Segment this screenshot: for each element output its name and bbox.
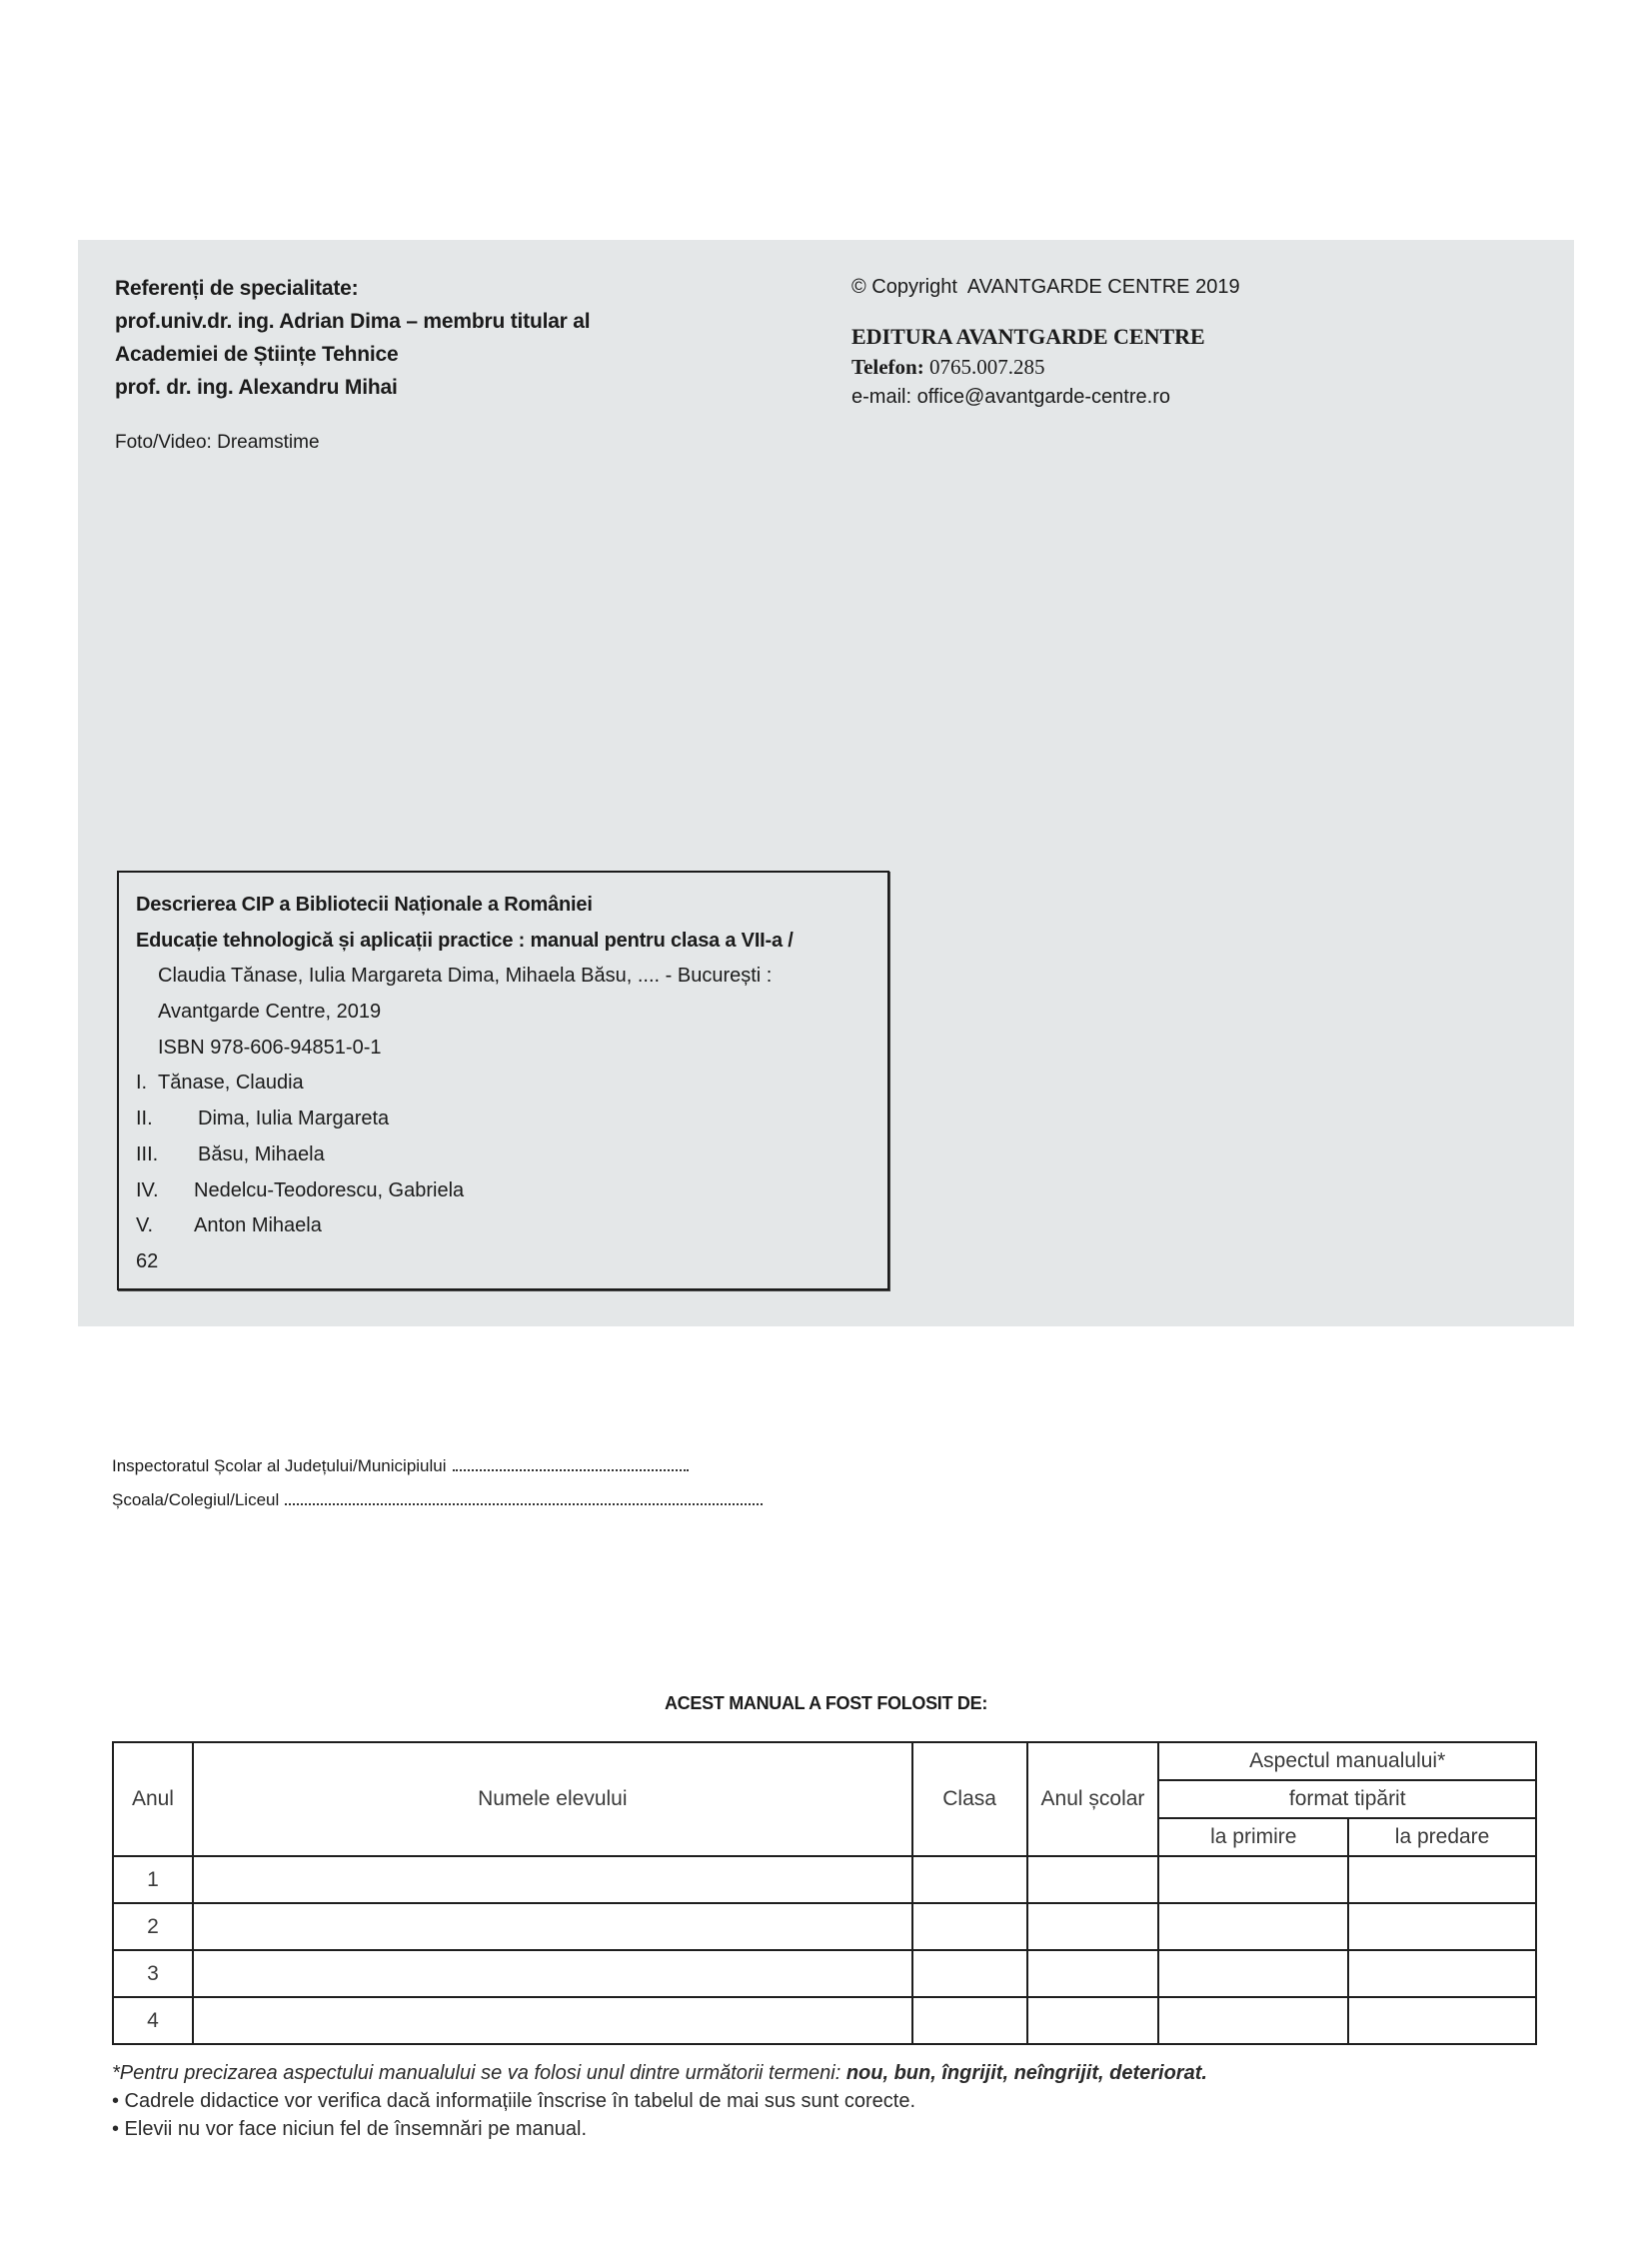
referee-line: prof. dr. ing. Alexandru Mihai xyxy=(115,371,815,404)
school-label: Școala/Colegiul/Liceul xyxy=(112,1483,279,1517)
cell-on-return[interactable] xyxy=(1348,1903,1536,1950)
cell-on-receipt[interactable] xyxy=(1158,1903,1348,1950)
cip-entry-number: II. xyxy=(136,1102,198,1137)
cell-student-name[interactable] xyxy=(193,1997,912,2044)
usage-table: Anul Numele elevului Clasa Anul școlar A… xyxy=(112,1741,1537,2045)
cip-entry-number: I. xyxy=(136,1066,158,1102)
cip-entry: II.Dima, Iulia Margareta xyxy=(136,1102,887,1137)
header-student-name: Numele elevului xyxy=(193,1742,912,1856)
school-blank[interactable] xyxy=(285,1503,763,1505)
cell-school-year[interactable] xyxy=(1027,1997,1159,2044)
cip-entry-name: Anton Mihaela xyxy=(194,1214,322,1236)
table-notes: *Pentru precizarea aspectului manualului… xyxy=(112,2059,1207,2143)
photo-credit: Foto/Video: Dreamstime xyxy=(115,432,320,454)
cell-school-year[interactable] xyxy=(1027,1950,1159,1997)
referee-line: prof.univ.dr. ing. Adrian Dima – membru … xyxy=(115,305,815,338)
cell-year: 1 xyxy=(113,1856,193,1903)
school-info-form: Inspectoratul Școlar al Județului/Munici… xyxy=(112,1449,763,1517)
inspectorate-label: Inspectoratul Școlar al Județului/Munici… xyxy=(112,1449,447,1483)
cell-class[interactable] xyxy=(912,1997,1027,2044)
cip-isbn: ISBN 978-606-94851-0-1 xyxy=(136,1031,887,1067)
publisher-name: EDITURA AVANTGARDE CENTRE xyxy=(851,322,1551,352)
footnote-text: *Pentru precizarea aspectului manualului… xyxy=(112,2062,846,2084)
publisher-block: © Copyright AVANTGARDE CENTRE 2019 EDITU… xyxy=(851,272,1551,412)
cip-classification: 62 xyxy=(136,1244,887,1280)
cell-class[interactable] xyxy=(912,1950,1027,1997)
cell-year: 4 xyxy=(113,1997,193,2044)
cell-class[interactable] xyxy=(912,1856,1027,1903)
header-format: format tipărit xyxy=(1158,1780,1536,1818)
cell-student-name[interactable] xyxy=(193,1950,912,1997)
publisher-email: e-mail: office@avantgarde-centre.ro xyxy=(851,382,1551,412)
note-students: • Elevii nu vor face niciun fel de însem… xyxy=(112,2115,1207,2143)
cip-entry-name: Băsu, Mihaela xyxy=(198,1143,325,1165)
cell-on-return[interactable] xyxy=(1348,1856,1536,1903)
header-on-receipt: la primire xyxy=(1158,1818,1348,1856)
cell-on-receipt[interactable] xyxy=(1158,1997,1348,2044)
header-school-year: Anul școlar xyxy=(1027,1742,1159,1856)
cell-class[interactable] xyxy=(912,1903,1027,1950)
cip-book-title: Educație tehnologică și aplicații practi… xyxy=(136,924,887,960)
cell-school-year[interactable] xyxy=(1027,1903,1159,1950)
phone-label: Telefon: xyxy=(851,355,924,379)
header-on-return: la predare xyxy=(1348,1818,1536,1856)
cip-entry: III.Băsu, Mihaela xyxy=(136,1137,887,1173)
copyright-notice: © Copyright AVANTGARDE CENTRE 2019 xyxy=(851,272,1551,302)
cip-entry-name: Tănase, Claudia xyxy=(158,1072,304,1094)
cell-school-year[interactable] xyxy=(1027,1856,1159,1903)
table-row: 1 xyxy=(113,1856,1536,1903)
cell-student-name[interactable] xyxy=(193,1903,912,1950)
cell-on-receipt[interactable] xyxy=(1158,1856,1348,1903)
cip-description-box: Descrierea CIP a Bibliotecii Naționale a… xyxy=(117,871,889,1290)
cip-entry-name: Dima, Iulia Margareta xyxy=(198,1108,389,1129)
note-teachers: • Cadrele didactice vor verifica dacă in… xyxy=(112,2087,1207,2115)
cip-entry: IV.Nedelcu-Teodorescu, Gabriela xyxy=(136,1173,887,1209)
referee-line: Academiei de Științe Tehnice xyxy=(115,338,815,371)
school-field[interactable]: Școala/Colegiul/Liceul xyxy=(112,1483,763,1517)
header-class: Clasa xyxy=(912,1742,1027,1856)
header-condition: Aspectul manualului* xyxy=(1158,1742,1536,1780)
cell-year: 2 xyxy=(113,1903,193,1950)
cell-on-return[interactable] xyxy=(1348,1997,1536,2044)
cip-entry-number: III. xyxy=(136,1137,198,1173)
usage-table-title: ACEST MANUAL A FOST FOLOSIT DE: xyxy=(0,1693,1652,1714)
inspectorate-blank[interactable] xyxy=(453,1469,689,1471)
header-year: Anul xyxy=(113,1742,193,1856)
footnote-terms: nou, bun, îngrijit, neîngrijit, deterior… xyxy=(846,2062,1207,2084)
inspectorate-field[interactable]: Inspectoratul Școlar al Județului/Munici… xyxy=(112,1449,763,1483)
cell-on-receipt[interactable] xyxy=(1158,1950,1348,1997)
table-row: 4 xyxy=(113,1997,1536,2044)
cip-entry-number: IV. xyxy=(136,1173,194,1209)
cip-authors: Claudia Tănase, Iulia Margareta Dima, Mi… xyxy=(136,959,887,995)
cip-entry-number: V. xyxy=(136,1208,194,1244)
cip-title: Descrierea CIP a Bibliotecii Naționale a… xyxy=(136,888,887,924)
cell-year: 3 xyxy=(113,1950,193,1997)
cip-entry-name: Nedelcu-Teodorescu, Gabriela xyxy=(194,1179,464,1201)
cip-entry: I.Tănase, Claudia xyxy=(136,1066,887,1102)
condition-footnote: *Pentru precizarea aspectului manualului… xyxy=(112,2059,1207,2087)
phone-value: 0765.007.285 xyxy=(929,355,1045,379)
referees-block: Referenți de specialitate: prof.univ.dr.… xyxy=(115,272,815,404)
table-row: 2 xyxy=(113,1903,1536,1950)
table-row: 3 xyxy=(113,1950,1536,1997)
publisher-phone: Telefon: 0765.007.285 xyxy=(851,352,1551,382)
cip-entry: V.Anton Mihaela xyxy=(136,1208,887,1244)
cip-imprint: Avantgarde Centre, 2019 xyxy=(136,995,887,1031)
cell-on-return[interactable] xyxy=(1348,1950,1536,1997)
cell-student-name[interactable] xyxy=(193,1856,912,1903)
referees-heading: Referenți de specialitate: xyxy=(115,272,815,305)
